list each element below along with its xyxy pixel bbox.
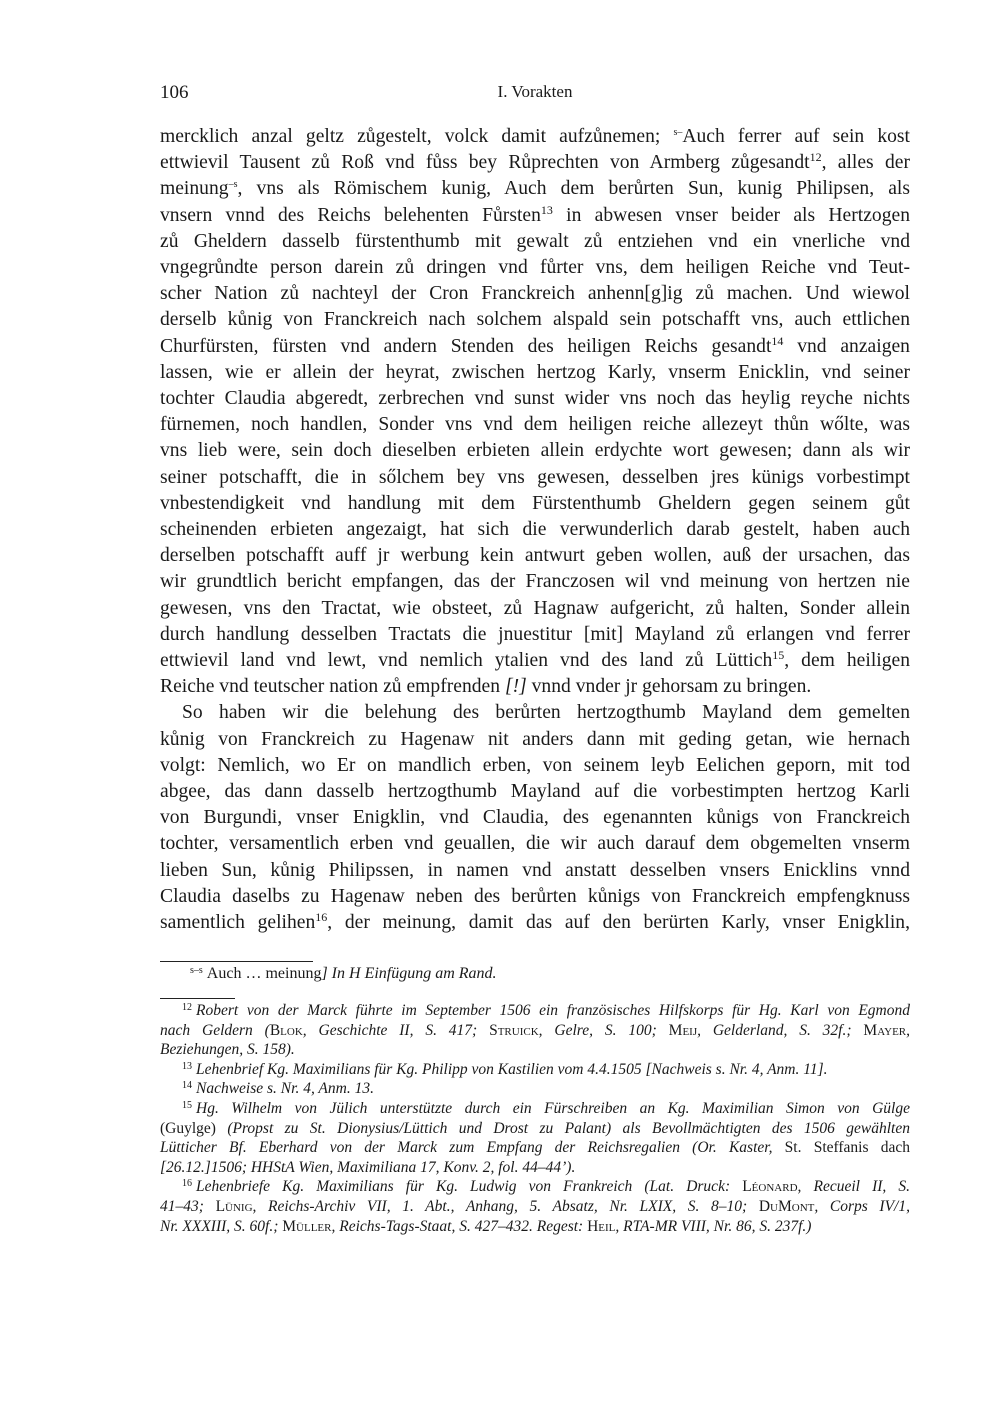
footnote-line: (Guylge) (Propst zu St. Dionysius/Lüttic… (160, 1119, 910, 1139)
text-segment: , vns als Römischem kunig, Auch dem berů… (237, 178, 910, 199)
footnotes: 12Robert von der Marck führte im Septemb… (160, 1001, 910, 1236)
footnote-line: 15Hg. Wilhelm von Jülich unterstützte du… (160, 1099, 910, 1119)
footnote-number: 12 (182, 1002, 192, 1013)
footnote-line: Beziehungen, S. 158). (160, 1040, 910, 1060)
text-segment: , alles der (822, 152, 910, 173)
text-line: von Burgundi, vnser Enigklin, vnd Claudi… (160, 805, 910, 831)
footnote-text: , Gelderland, S. 32f.; (697, 1022, 863, 1039)
text-line: So haben wir die belehung des berůrten h… (160, 700, 910, 726)
author-name: Struick (489, 1022, 539, 1039)
text-segment: ettwievil Tausent zů Roß vnd fůss bey Rů… (160, 152, 810, 173)
text-line: wir grundtlich bericht empfangen, das de… (160, 569, 910, 595)
text-line: fürnemen, noch handlen, Sonder vns vnd d… (160, 412, 910, 438)
footnote-text: , Recueil II, S. (798, 1178, 910, 1195)
text-line: mercklich anzal geltz zůgestelt, volck d… (160, 124, 910, 150)
footnote-text: nach Geldern ( (160, 1022, 270, 1039)
text-line: derselb kůnig von Franckreich nach solch… (160, 307, 910, 333)
footnote-ref[interactable]: 16 (315, 910, 327, 924)
footnote-number: 15 (182, 1100, 192, 1111)
footnote-line: Nr. XXXIII, S. 60f.; Müller, Reichs-Tags… (160, 1217, 910, 1237)
author-name: Müller (282, 1218, 331, 1235)
footnote-ref[interactable]: 15 (772, 648, 784, 662)
apparatus-divider (160, 961, 313, 962)
text-line: kůnig von Franckreich zu Hagenaw nit and… (160, 727, 910, 753)
footnote-text: , Gelre, S. 100; (539, 1022, 669, 1039)
author-name: Blok (270, 1022, 303, 1039)
text-line: meinung–s, vns als Römischem kunig, Auch… (160, 176, 910, 202)
text-segment: , dem heiligen (784, 650, 910, 671)
running-head: I. Vorakten (160, 82, 910, 102)
footnote-ref[interactable]: 14 (771, 334, 783, 348)
text-line: scher Nation zů nachteyl der Cron Franck… (160, 281, 910, 307)
footnote-16: 16Lehenbriefe Kg. Maximilians für Kg. Lu… (160, 1177, 910, 1236)
footnote-line: 14Nachweise s. Nr. 4, Anm. 13. (160, 1079, 910, 1099)
text-line: vnsern vnnd des Reichs belehenten Fůrste… (160, 203, 910, 229)
footnote-line: nach Geldern (Blok, Geschichte II, S. 41… (160, 1021, 910, 1041)
text-line: durch handlung desselben Tractats die jn… (160, 622, 910, 648)
footnote-ref[interactable]: 13 (541, 203, 553, 217)
footnote-text: (Propst zu St. Dionysius/Lüttich und Dro… (216, 1120, 910, 1137)
author-name: Mayer (863, 1022, 906, 1039)
footnote-text: , Geschichte II, S. 417; (303, 1022, 489, 1039)
footnote-text: 41–43; (160, 1198, 216, 1215)
footnote-text: , Corps IV/1, (814, 1198, 910, 1215)
footnote-15: 15Hg. Wilhelm von Jülich unterstützte du… (160, 1099, 910, 1177)
apparatus-lemma: Auch … meinung (207, 965, 322, 982)
text-segment: vnsern vnnd des Reichs belehenten Fůrste… (160, 205, 541, 226)
footnote-text: , Reichs-Tags-Staat, S. 427–432. Regest: (332, 1218, 588, 1235)
footnote-14: 14Nachweise s. Nr. 4, Anm. 13. (160, 1079, 910, 1099)
main-text: mercklich anzal geltz zůgestelt, volck d… (160, 124, 910, 936)
apparatus-note: s–sAuch … meinung] In H Einfügung am Ran… (160, 964, 910, 984)
author-name: Heil (587, 1218, 615, 1235)
text-line: vnbestendigkeit vnd handlung mit dem Für… (160, 491, 910, 517)
footnote-line: Lütticher Bf. Eberhard von der Marck zum… (160, 1138, 910, 1158)
editorial-sic: [!] (505, 676, 527, 697)
footnote-line: 12Robert von der Marck führte im Septemb… (160, 1001, 910, 1021)
footnote-text: St. Steffanis dach (772, 1139, 910, 1156)
footnote-text: Nachweise s. Nr. 4, Anm. 13. (196, 1080, 374, 1097)
text-line: derselben potschafft auff jr werbung kei… (160, 543, 910, 569)
footnote-text: Lehenbriefe Kg. Maximilians für Kg. Ludw… (196, 1178, 742, 1195)
text-segment: mercklich anzal geltz zůgestelt, volck d… (160, 126, 660, 147)
text-line: tochter Claudia abgeredt, zerbrechen vnd… (160, 386, 910, 412)
footnote-text: , Reichs-Archiv VII, 1. Abt., Anhang, 5.… (253, 1198, 759, 1215)
text-line: samentlich gelihen16, der meinung, damit… (160, 910, 910, 936)
apparatus-mark: s–s (190, 965, 203, 976)
text-segment: Reiche vnd teutscher nation zů empfrende… (160, 676, 500, 697)
text-line: seiner potschafft, die in sőlchem bey vn… (160, 465, 910, 491)
text-segment: Churfürsten, fürsten vnd andern Stenden … (160, 336, 771, 357)
text-segment: meinung (160, 178, 229, 199)
page-header: 106 I. Vorakten (160, 82, 910, 106)
footnote-ref[interactable]: 12 (810, 150, 822, 164)
text-line: gewesen, vns den Tractat, wie obsteet, z… (160, 596, 910, 622)
footnote-text: Hg. Wilhelm von Jülich unterstützte durc… (196, 1100, 910, 1117)
footnote-text: (Guylge) (160, 1120, 216, 1137)
text-line: Churfürsten, fürsten vnd andern Stenden … (160, 334, 910, 360)
footnote-number: 13 (182, 1061, 192, 1072)
footnote-text: , RTA-MR VIII, Nr. 86, S. 237f.) (615, 1218, 811, 1235)
footnote-divider (160, 998, 235, 999)
text-line: scheinenden erbieten angezaigt, hat sich… (160, 517, 910, 543)
text-line: ettwievil land vnd lewt, vnd nemlich yta… (160, 648, 910, 674)
footnote-line: 13Lehenbrief Kg. Maximilians für Kg. Phi… (160, 1060, 910, 1080)
footnote-text: , (906, 1022, 910, 1039)
text-line: tochter, versamentlich erben vnd geualle… (160, 831, 910, 857)
text-line: vns lieb were, sein doch dieselben erbie… (160, 438, 910, 464)
author-name: Lünig (216, 1198, 253, 1215)
text-line: zů Gheldern dasselb fürstenthumb mit gew… (160, 229, 910, 255)
footnote-number: 16 (182, 1178, 192, 1189)
footnote-line: [26.12.]1506; HHStA Wien, Maximiliana 17… (160, 1158, 910, 1178)
footnote-text: Nr. XXXIII, S. 60f.; (160, 1218, 282, 1235)
author-name: DuMont (759, 1198, 815, 1215)
text-line: ettwievil Tausent zů Roß vnd fůss bey Rů… (160, 150, 910, 176)
footnote-13: 13Lehenbrief Kg. Maximilians für Kg. Phi… (160, 1060, 910, 1080)
text-line: lieben Sun, kůnig Philipssen, in namen v… (160, 858, 910, 884)
footnote-text: Lütticher Bf. Eberhard von der Marck zum… (160, 1139, 772, 1156)
footnote-number: 14 (182, 1080, 192, 1091)
text-line: vngegrůndte person darein zů dringen vnd… (160, 255, 910, 281)
text-segment: , der meinung, damit das auf den berürte… (327, 912, 910, 933)
text-segment: samentlich gelihen (160, 912, 315, 933)
text-segment: ettwievil land vnd lewt, vnd nemlich yta… (160, 650, 772, 671)
text-segment: Auch ferrer auf sein kost (682, 126, 910, 147)
text-segment: vnnd vnder jr gehorsam zu bringen. (527, 676, 812, 697)
text-line: Claudia daselbs zu Hagenaw neben des ber… (160, 884, 910, 910)
footnote-text: Lehenbrief Kg. Maximilians für Kg. Phili… (196, 1061, 827, 1078)
footnote-12: 12Robert von der Marck führte im Septemb… (160, 1001, 910, 1060)
footnote-line: 16Lehenbriefe Kg. Maximilians für Kg. Lu… (160, 1177, 910, 1197)
text-line: abgee, das dann dasselb hertzogthumb May… (160, 779, 910, 805)
footnote-line: 41–43; Lünig, Reichs-Archiv VII, 1. Abt.… (160, 1197, 910, 1217)
text-line: Reiche vnd teutscher nation zů empfrende… (160, 674, 910, 700)
text-segment: vnd anzaigen (783, 336, 910, 357)
apparatus-text: ] In H Einfügung am Rand. (321, 965, 496, 982)
author-name: Meij (669, 1022, 697, 1039)
text-line: lassen, wie er allein der heyrat, zwisch… (160, 360, 910, 386)
author-name: Léonard (742, 1178, 797, 1195)
text-line: volgt: Nemlich, wo Er on mandlich erben,… (160, 753, 910, 779)
footnote-text: Robert von der Marck führte im September… (196, 1002, 910, 1019)
text-segment: in abwesen vnser beider als Hertzogen (553, 205, 910, 226)
